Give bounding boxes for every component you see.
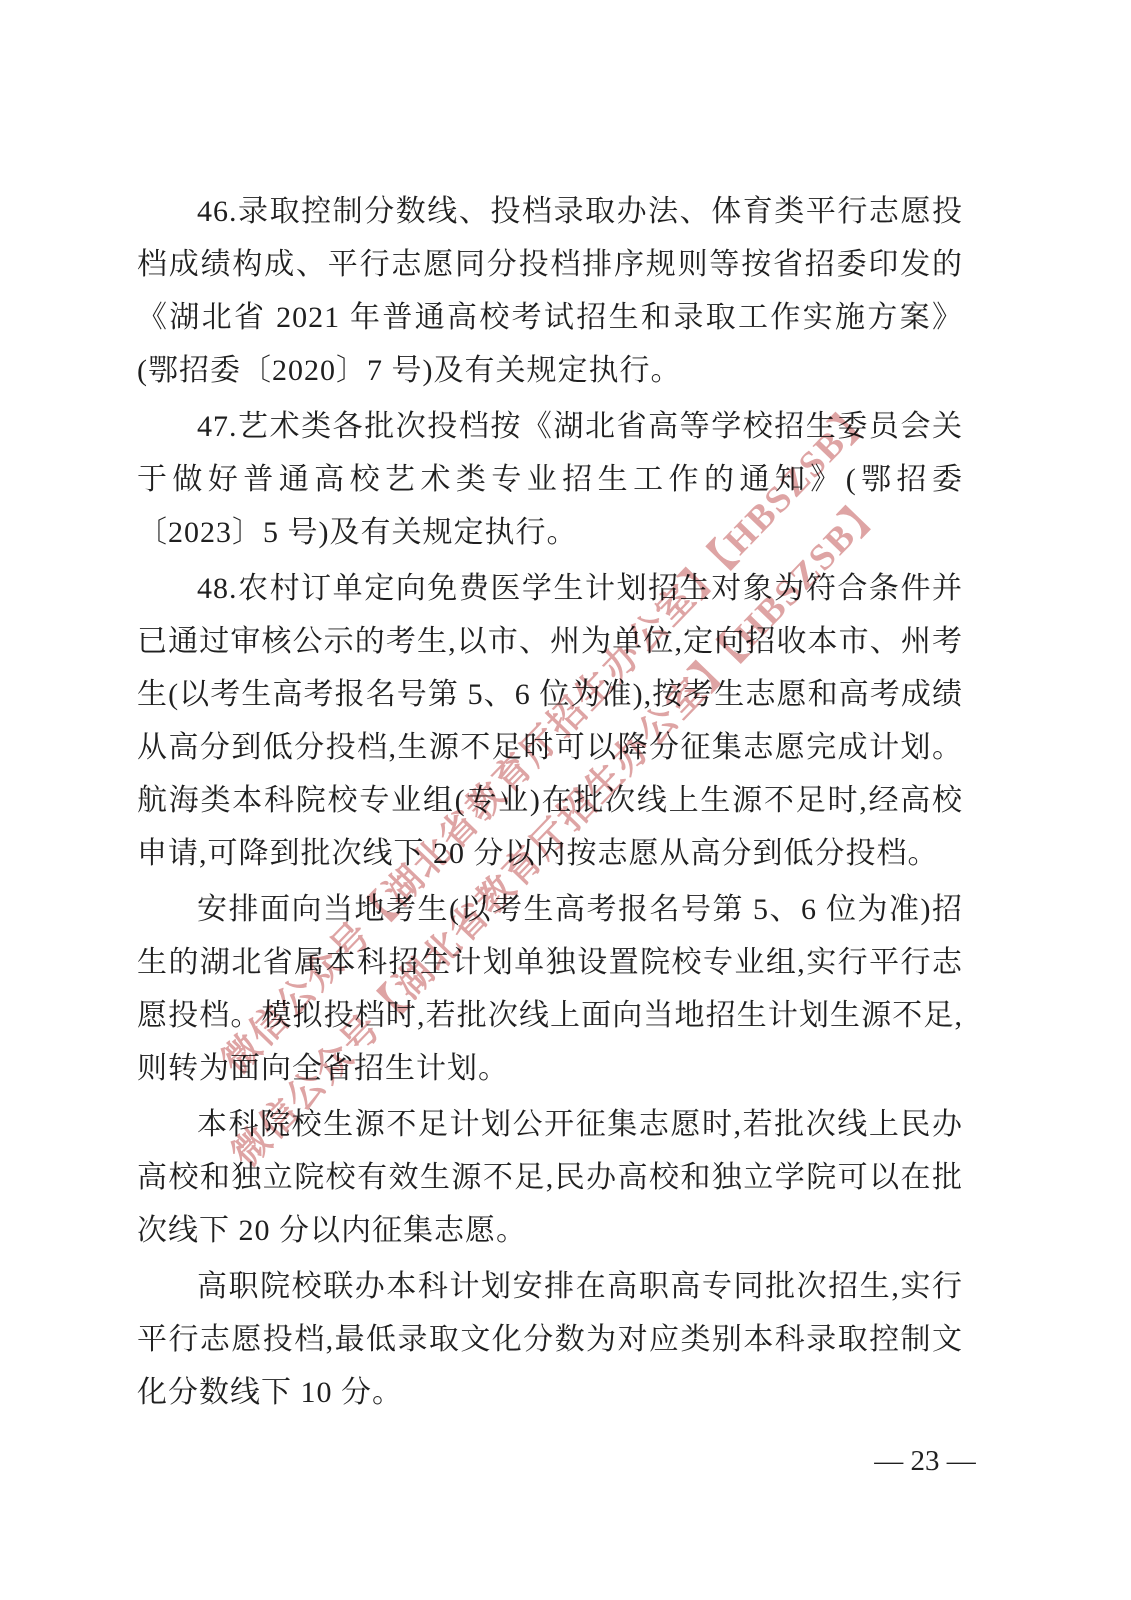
paragraph-item-48: 48.农村订单定向免费医学生计划招生对象为符合条件并已通过审核公示的考生,以市、…: [137, 562, 963, 880]
document-page: 微信公众号【湖北省教育厅招生办公室】【HBSZSB】 微信公众号【湖北省教育厅招…: [0, 0, 1131, 1600]
paragraph-item-46: 46.录取控制分数线、投档录取办法、体育类平行志愿投档成绩构成、平行志愿同分投档…: [137, 185, 963, 397]
paragraph-item-47: 47.艺术类各批次投档按《湖北省高等学校招生委员会关于做好普通高校艺术类专业招生…: [137, 400, 963, 559]
page-number: — 23 —: [855, 1445, 995, 1478]
paragraph-item-48-sub-2: 本科院校生源不足计划公开征集志愿时,若批次线上民办高校和独立院校有效生源不足,民…: [137, 1098, 963, 1257]
paragraph-item-48-sub-1: 安排面向当地考生(以考生高考报名号第 5、6 位为准)招生的湖北省属本科招生计划…: [137, 883, 963, 1095]
paragraph-item-48-sub-3: 高职院校联办本科计划安排在高职高专同批次招生,实行平行志愿投档,最低录取文化分数…: [137, 1260, 963, 1419]
document-body: 46.录取控制分数线、投档录取办法、体育类平行志愿投档成绩构成、平行志愿同分投档…: [137, 185, 963, 1422]
